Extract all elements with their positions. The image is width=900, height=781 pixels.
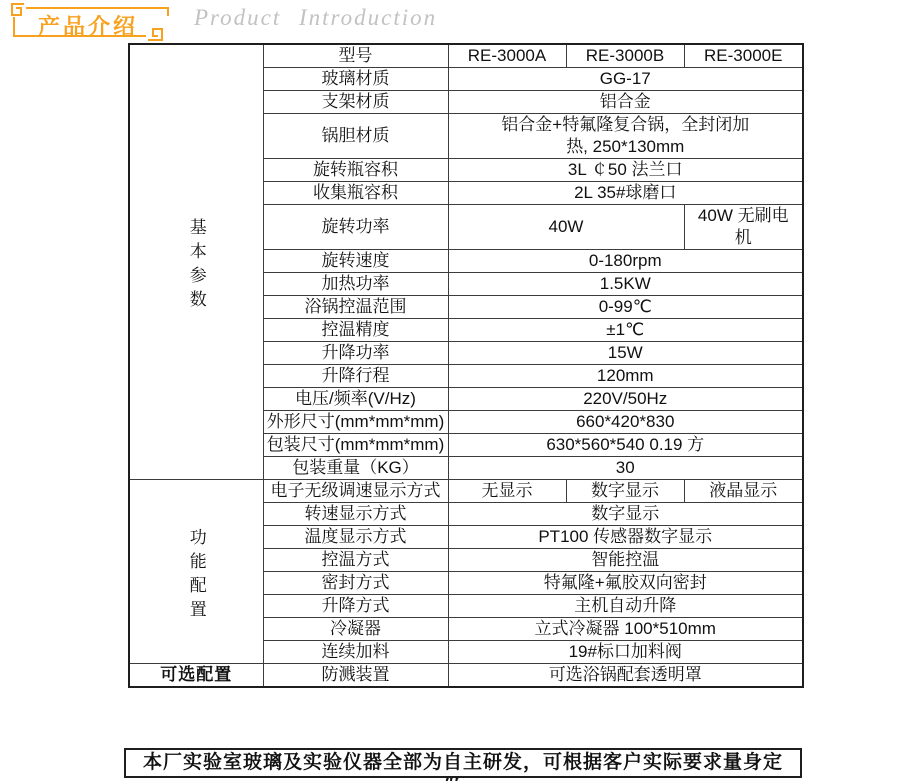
spec-value: 立式冷凝器 100*510mm bbox=[448, 618, 803, 641]
spec-label: 加热功率 bbox=[263, 273, 448, 296]
model-b: RE-3000B bbox=[566, 44, 684, 68]
category-function-config: 功能配置 bbox=[129, 480, 263, 664]
spec-value: 铝合金+特氟隆复合锅，全封闭加 热, 250*130mm bbox=[448, 114, 803, 159]
spec-value-e: 40W 无刷电 机 bbox=[684, 205, 803, 250]
row-model: 基本参数 型号 RE-3000A RE-3000B RE-3000E bbox=[129, 44, 803, 68]
spec-label: 升降功率 bbox=[263, 342, 448, 365]
spec-value-a: 无显示 bbox=[448, 480, 566, 503]
spec-label: 包装重量（KG） bbox=[263, 457, 448, 480]
spec-label: 升降行程 bbox=[263, 365, 448, 388]
spec-value: 660*420*830 bbox=[448, 411, 803, 434]
spec-label: 控温方式 bbox=[263, 549, 448, 572]
category-function-config-label: 功能配置 bbox=[188, 528, 205, 624]
spec-label: 防溅装置 bbox=[263, 664, 448, 688]
spec-label: 连续加料 bbox=[263, 641, 448, 664]
badge-title: 产品介绍 bbox=[38, 10, 138, 41]
model-e: RE-3000E bbox=[684, 44, 803, 68]
spec-value: 2L 35#球磨口 bbox=[448, 182, 803, 205]
spec-value: ±1℃ bbox=[448, 319, 803, 342]
spec-value: 630*560*540 0.19 方 bbox=[448, 434, 803, 457]
spec-label: 旋转功率 bbox=[263, 205, 448, 250]
model-a: RE-3000A bbox=[448, 44, 566, 68]
spec-value: 30 bbox=[448, 457, 803, 480]
spec-label: 玻璃材质 bbox=[263, 68, 448, 91]
spec-label: 电子无级调速显示方式 bbox=[263, 480, 448, 503]
subtitle-en: Product Introduction bbox=[194, 5, 437, 31]
spec-value: PT100 传感器数字显示 bbox=[448, 526, 803, 549]
section-badge: 产品介绍 bbox=[8, 2, 183, 44]
spec-value: 15W bbox=[448, 342, 803, 365]
spec-value: 数字显示 bbox=[448, 503, 803, 526]
spec-value: 19#标口加料阀 bbox=[448, 641, 803, 664]
spec-value: GG-17 bbox=[448, 68, 803, 91]
spec-value: 铝合金 bbox=[448, 91, 803, 114]
spec-table: 基本参数 型号 RE-3000A RE-3000B RE-3000E 玻璃材质 … bbox=[128, 43, 804, 688]
greek-key-bottom-right-icon bbox=[148, 29, 162, 40]
spec-value: 智能控温 bbox=[448, 549, 803, 572]
spec-value-e: 液晶显示 bbox=[684, 480, 803, 503]
spec-label: 支架材质 bbox=[263, 91, 448, 114]
greek-key-top-left-icon bbox=[12, 4, 24, 15]
spec-value: 0-99℃ bbox=[448, 296, 803, 319]
spec-label: 型号 bbox=[263, 44, 448, 68]
spec-label: 包装尺寸(mm*mm*mm) bbox=[263, 434, 448, 457]
page: 产品介绍 Product Introduction 基本参数 型号 RE-300… bbox=[0, 0, 900, 781]
spec-value: 220V/50Hz bbox=[448, 388, 803, 411]
spec-value: 特氟隆+氟胶双向密封 bbox=[448, 572, 803, 595]
category-basic-params-label: 基本参数 bbox=[188, 218, 205, 314]
category-basic-params: 基本参数 bbox=[129, 44, 263, 480]
spec-value: 3L ￠50 法兰口 bbox=[448, 159, 803, 182]
spec-label: 电压/频率(V/Hz) bbox=[263, 388, 448, 411]
spec-label: 浴锅控温范围 bbox=[263, 296, 448, 319]
category-optional-config: 可选配置 bbox=[129, 664, 263, 688]
spec-label: 控温精度 bbox=[263, 319, 448, 342]
spec-label: 收集瓶容积 bbox=[263, 182, 448, 205]
spec-label: 旋转瓶容积 bbox=[263, 159, 448, 182]
spec-value: 1.5KW bbox=[448, 273, 803, 296]
footer-note: 本厂实验室玻璃及实验仪器全部为自主研发，可根据客户实际要求量身定做。 bbox=[124, 748, 802, 778]
spec-label: 外形尺寸(mm*mm*mm) bbox=[263, 411, 448, 434]
row-splash-guard: 可选配置 防溅装置 可选浴锅配套透明罩 bbox=[129, 664, 803, 688]
spec-value: 0-180rpm bbox=[448, 250, 803, 273]
spec-label: 转速显示方式 bbox=[263, 503, 448, 526]
spec-label: 旋转速度 bbox=[263, 250, 448, 273]
spec-value-b: 数字显示 bbox=[566, 480, 684, 503]
spec-value: 可选浴锅配套透明罩 bbox=[448, 664, 803, 688]
spec-value: 120mm bbox=[448, 365, 803, 388]
spec-label: 锅胆材质 bbox=[263, 114, 448, 159]
spec-label: 温度显示方式 bbox=[263, 526, 448, 549]
spec-value: 主机自动升降 bbox=[448, 595, 803, 618]
spec-label: 升降方式 bbox=[263, 595, 448, 618]
row-speed-control-display: 功能配置 电子无级调速显示方式 无显示 数字显示 液晶显示 bbox=[129, 480, 803, 503]
spec-label: 冷凝器 bbox=[263, 618, 448, 641]
spec-value-ab: 40W bbox=[448, 205, 684, 250]
spec-label: 密封方式 bbox=[263, 572, 448, 595]
